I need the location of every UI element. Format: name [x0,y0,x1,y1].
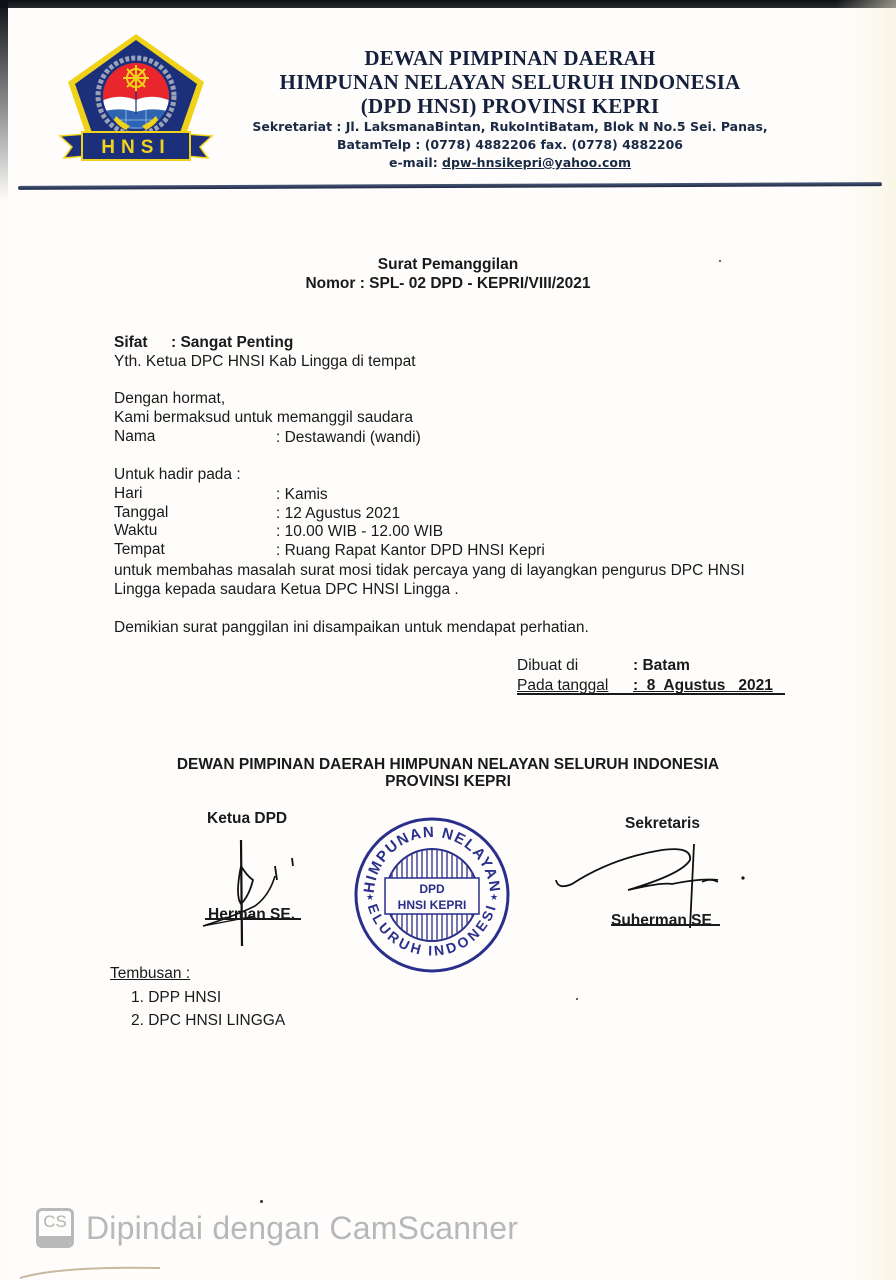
closing: Demikian surat panggilan ini disampaikan… [114,618,589,637]
org-name-line3: (DPD HNSI) PROVINSI KEPRI [250,94,770,118]
email-link[interactable]: dpw-hnsikepri@yahoo.com [442,155,631,170]
watermark-text: Dipindai dengan CamScanner [86,1210,518,1247]
detail-label-date: Tanggal [114,503,168,522]
detail-value-date: : 12 Agustus 2021 [276,504,400,523]
made-at-value: : Batam [633,656,690,675]
detail-label-day: Hari [114,484,142,503]
detail-value-time: : 10.00 WIB - 12.00 WIB [276,522,443,541]
camscanner-watermark: CS Dipindai dengan CamScanner [36,1208,518,1248]
hnsi-logo-icon: HNSI [56,30,216,166]
org-name-line2: HIMPUNAN NELAYAN SELURUH INDONESIA [250,70,770,94]
made-at-label: Dibuat di [517,656,578,675]
svg-text:DPD: DPD [419,882,445,896]
svg-text:★: ★ [366,892,374,902]
right-signer-title: Sekretaris [625,814,700,833]
svg-text:HNSI: HNSI [101,137,170,158]
scan-edge-left [0,0,8,200]
address-line2: BatamTelp : (0778) 4882206 fax. (0778) 4… [250,136,770,154]
left-signer-name: Herman SE. [208,905,295,924]
left-signer-underline [205,918,301,920]
purpose-line1: untuk membahas masalah surat mosi tidak … [114,561,745,580]
detail-label-time: Waktu [114,521,157,540]
scan-speck [576,998,578,1000]
address-line1: Sekretariat : Jl. LaksmanaBintan, RukoIn… [250,118,770,136]
scan-edge-top [0,0,896,8]
letter-title: Surat Pemanggilan [0,255,896,274]
signature-left-icon [195,836,315,951]
scan-speck [719,260,721,262]
left-signer-title: Ketua DPD [207,809,287,828]
name-value: : Destawandi (wandi) [276,428,421,447]
sign-org-line2: PROVINSI KEPRI [0,772,896,791]
nature-value: : Sangat Penting [171,333,293,352]
document-page [8,8,896,1280]
org-name-line1: DEWAN PIMPINAN DAERAH [250,46,770,70]
email-label: e-mail: [389,155,442,170]
camscanner-logo-icon: CS [36,1208,74,1248]
detail-value-day: : Kamis [276,485,328,504]
svg-text:HNSI KEPRI: HNSI KEPRI [398,898,467,912]
date-underline [517,693,785,695]
scan-edge-tint [836,0,896,1280]
intro: Kami bermaksud untuk memanggil saudara [114,408,413,427]
nature-label: Sifat [114,333,148,352]
letterhead: DEWAN PIMPINAN DAERAH HIMPUNAN NELAYAN S… [250,46,770,172]
scan-speck [260,1200,263,1203]
right-signer-underline [611,924,720,926]
cc-item: 2. DPC HNSI LINGGA [131,1011,285,1030]
letter-number: Nomor : SPL- 02 DPD - KEPRI/VIII/2021 [0,274,896,293]
svg-text:★: ★ [490,892,498,902]
right-signer-name: Suherman SE [611,911,712,930]
purpose-line2: Lingga kepada saudara Ketua DPC HNSI Lin… [114,580,459,599]
attend-intro: Untuk hadir pada : [114,465,241,484]
name-label: Nama [114,427,155,446]
official-stamp-icon: DPD HNSI KEPRI HIMPUNAN NELAYAN SELURUH … [352,814,512,976]
recipient: Yth. Ketua DPC HNSI Kab Lingga di tempat [114,352,416,371]
greeting: Dengan hormat, [114,389,225,408]
cc-label: Tembusan : [110,964,190,983]
scan-curl-icon [20,1262,220,1280]
email-line: e-mail: dpw-hnsikepri@yahoo.com [250,154,770,172]
detail-value-place: : Ruang Rapat Kantor DPD HNSI Kepri [276,541,545,560]
detail-label-place: Tempat [114,540,165,559]
cc-item: 1. DPP HNSI [131,988,221,1007]
